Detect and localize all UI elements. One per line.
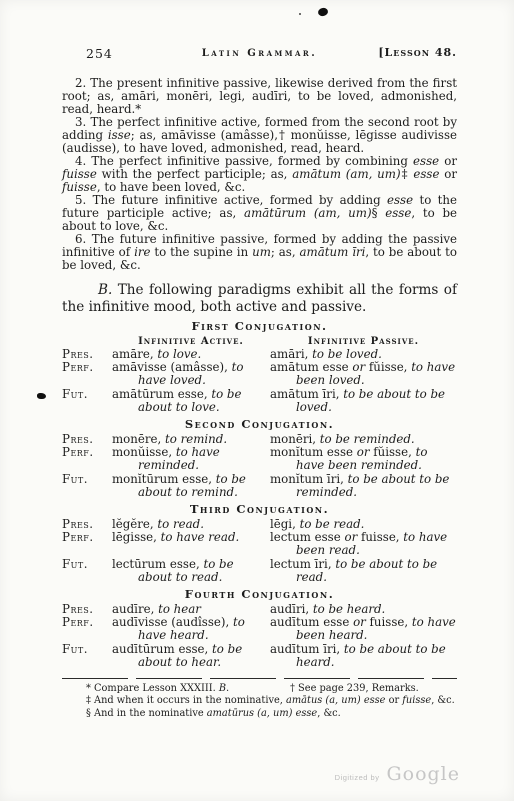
tense-label: Perf. [62,616,112,642]
footnote-see-page: † See page 239, Remarks. [290,683,419,695]
footnotes: * Compare Lesson XXXIII. B. † See page 2… [62,678,457,720]
paragraph-3: 3. The perfect infinitive active, formed… [62,116,457,155]
footnote-line-1: * Compare Lesson XXXIII. B. † See page 2… [62,683,457,695]
paradigm-row: Perf. amāvisse (amâsse), to have loved. … [62,361,457,387]
scanned-book-page: 254 Latin Grammar. [Lesson 48. 2. The pr… [0,0,514,801]
tense-label: Fut. [62,473,112,499]
paradigm-rows: Pres. monēre, to remind. monēri, to be r… [62,433,457,499]
conjugation-section: Fourth Conjugation. Pres. audīre, to hea… [62,587,457,669]
ink-speck [37,393,46,399]
conjugation-heading: Third Conjugation. [62,502,457,517]
passive-form: lectum īri, to be about to be read. [270,558,457,584]
paradigm-rows: Pres. amāre, to love. amāri, to be loved… [62,348,457,414]
paradigm-row: Fut. monĭtūrum esse, to be about to remi… [62,473,457,499]
conjugation-section: Third Conjugation. Pres. lĕgĕre, to read… [62,502,457,584]
conjugation-heading: First Conjugation. [62,319,457,334]
conjugation-section: Second Conjugation. Pres. monēre, to rem… [62,417,457,499]
paragraph-2: 2. The present infinitive passive, likew… [62,77,457,116]
digitized-watermark: Digitized by Google [335,763,460,785]
active-form: lectūrum esse, to be about to read. [112,558,270,584]
ink-speck [299,13,301,15]
active-form: amātūrum esse, to be about to love. [112,388,270,414]
passive-form: amātum īri, to be about to be loved. [270,388,457,414]
tense-label: Perf. [62,361,112,387]
active-form: amāvisse (amâsse), to have loved. [112,361,270,387]
digitized-by-label: Digitized by [335,773,380,782]
paragraph-4: 4. The perfect infinitive passive, forme… [62,155,457,194]
passive-form: audītum esse or fuisse, to have been hea… [270,616,457,642]
tense-label: Perf. [62,531,112,557]
paradigm-tables: First Conjugation. Infinitive Active. In… [62,319,457,669]
passive-form: lectum esse or fuisse, to have been read… [270,531,457,557]
running-header: 254 Latin Grammar. [Lesson 48. [62,46,457,61]
paradigm-row: Fut. lectūrum esse, to be about to read.… [62,558,457,584]
paradigm-row: Perf. lēgisse, to have read. lectum esse… [62,531,457,557]
paradigm-row: Perf. audīvisse (audîsse), to have heard… [62,616,457,642]
active-form: monŭisse, to have reminded. [112,446,270,472]
ink-speck [317,7,329,17]
passive-form: audītum īri, to be about to be heard. [270,643,457,669]
footnote-compare: * Compare Lesson XXXIII. B. [86,683,290,695]
paradigm-rows: Pres. lĕgĕre, to read. lēgi, to be read.… [62,518,457,584]
paradigm-row: Fut. amātūrum esse, to be about to love.… [62,388,457,414]
passive-form: monĭtum esse or fŭisse, to have been rem… [270,446,457,472]
active-form: audīvisse (audîsse), to have heard. [112,616,270,642]
active-form: audītūrum esse, to be about to hear. [112,643,270,669]
footnote-line-2: ‡ And when it occurs in the nominative, … [62,695,457,707]
passive-form: monĭtum īri, to be about to be reminded. [270,473,457,499]
google-logo: Google [386,763,460,785]
paragraph-6: 6. The future infinitive passive, formed… [62,233,457,272]
conjugation-section: First Conjugation. Infinitive Active. In… [62,319,457,414]
passive-form: amātum esse or fŭisse, to have been love… [270,361,457,387]
tense-label: Fut. [62,643,112,669]
lesson-label: [Lesson 48. [378,46,457,59]
paradigm-row: Perf. monŭisse, to have reminded. monĭtu… [62,446,457,472]
paradigm-row: Fut. audītūrum esse, to be about to hear… [62,643,457,669]
tense-label: Fut. [62,558,112,584]
footnote-rule [62,678,457,679]
conjugation-heading: Second Conjugation. [62,417,457,432]
conjugation-heading: Fourth Conjugation. [62,587,457,602]
section-b-paragraph: B. The following paradigms exhibit all t… [62,282,457,316]
paragraph-5: 5. The future infinitive active, formed … [62,194,457,233]
active-form: monĭtūrum esse, to be about to remind. [112,473,270,499]
page-content: 254 Latin Grammar. [Lesson 48. 2. The pr… [62,46,457,720]
paradigm-rows: Pres. audīre, to hear audīri, to be hear… [62,603,457,669]
footnote-line-3: § And in the nominative amatūrus (a, um)… [62,708,457,720]
tense-label: Perf. [62,446,112,472]
tense-label: Fut. [62,388,112,414]
active-form: lēgisse, to have read. [112,531,270,557]
